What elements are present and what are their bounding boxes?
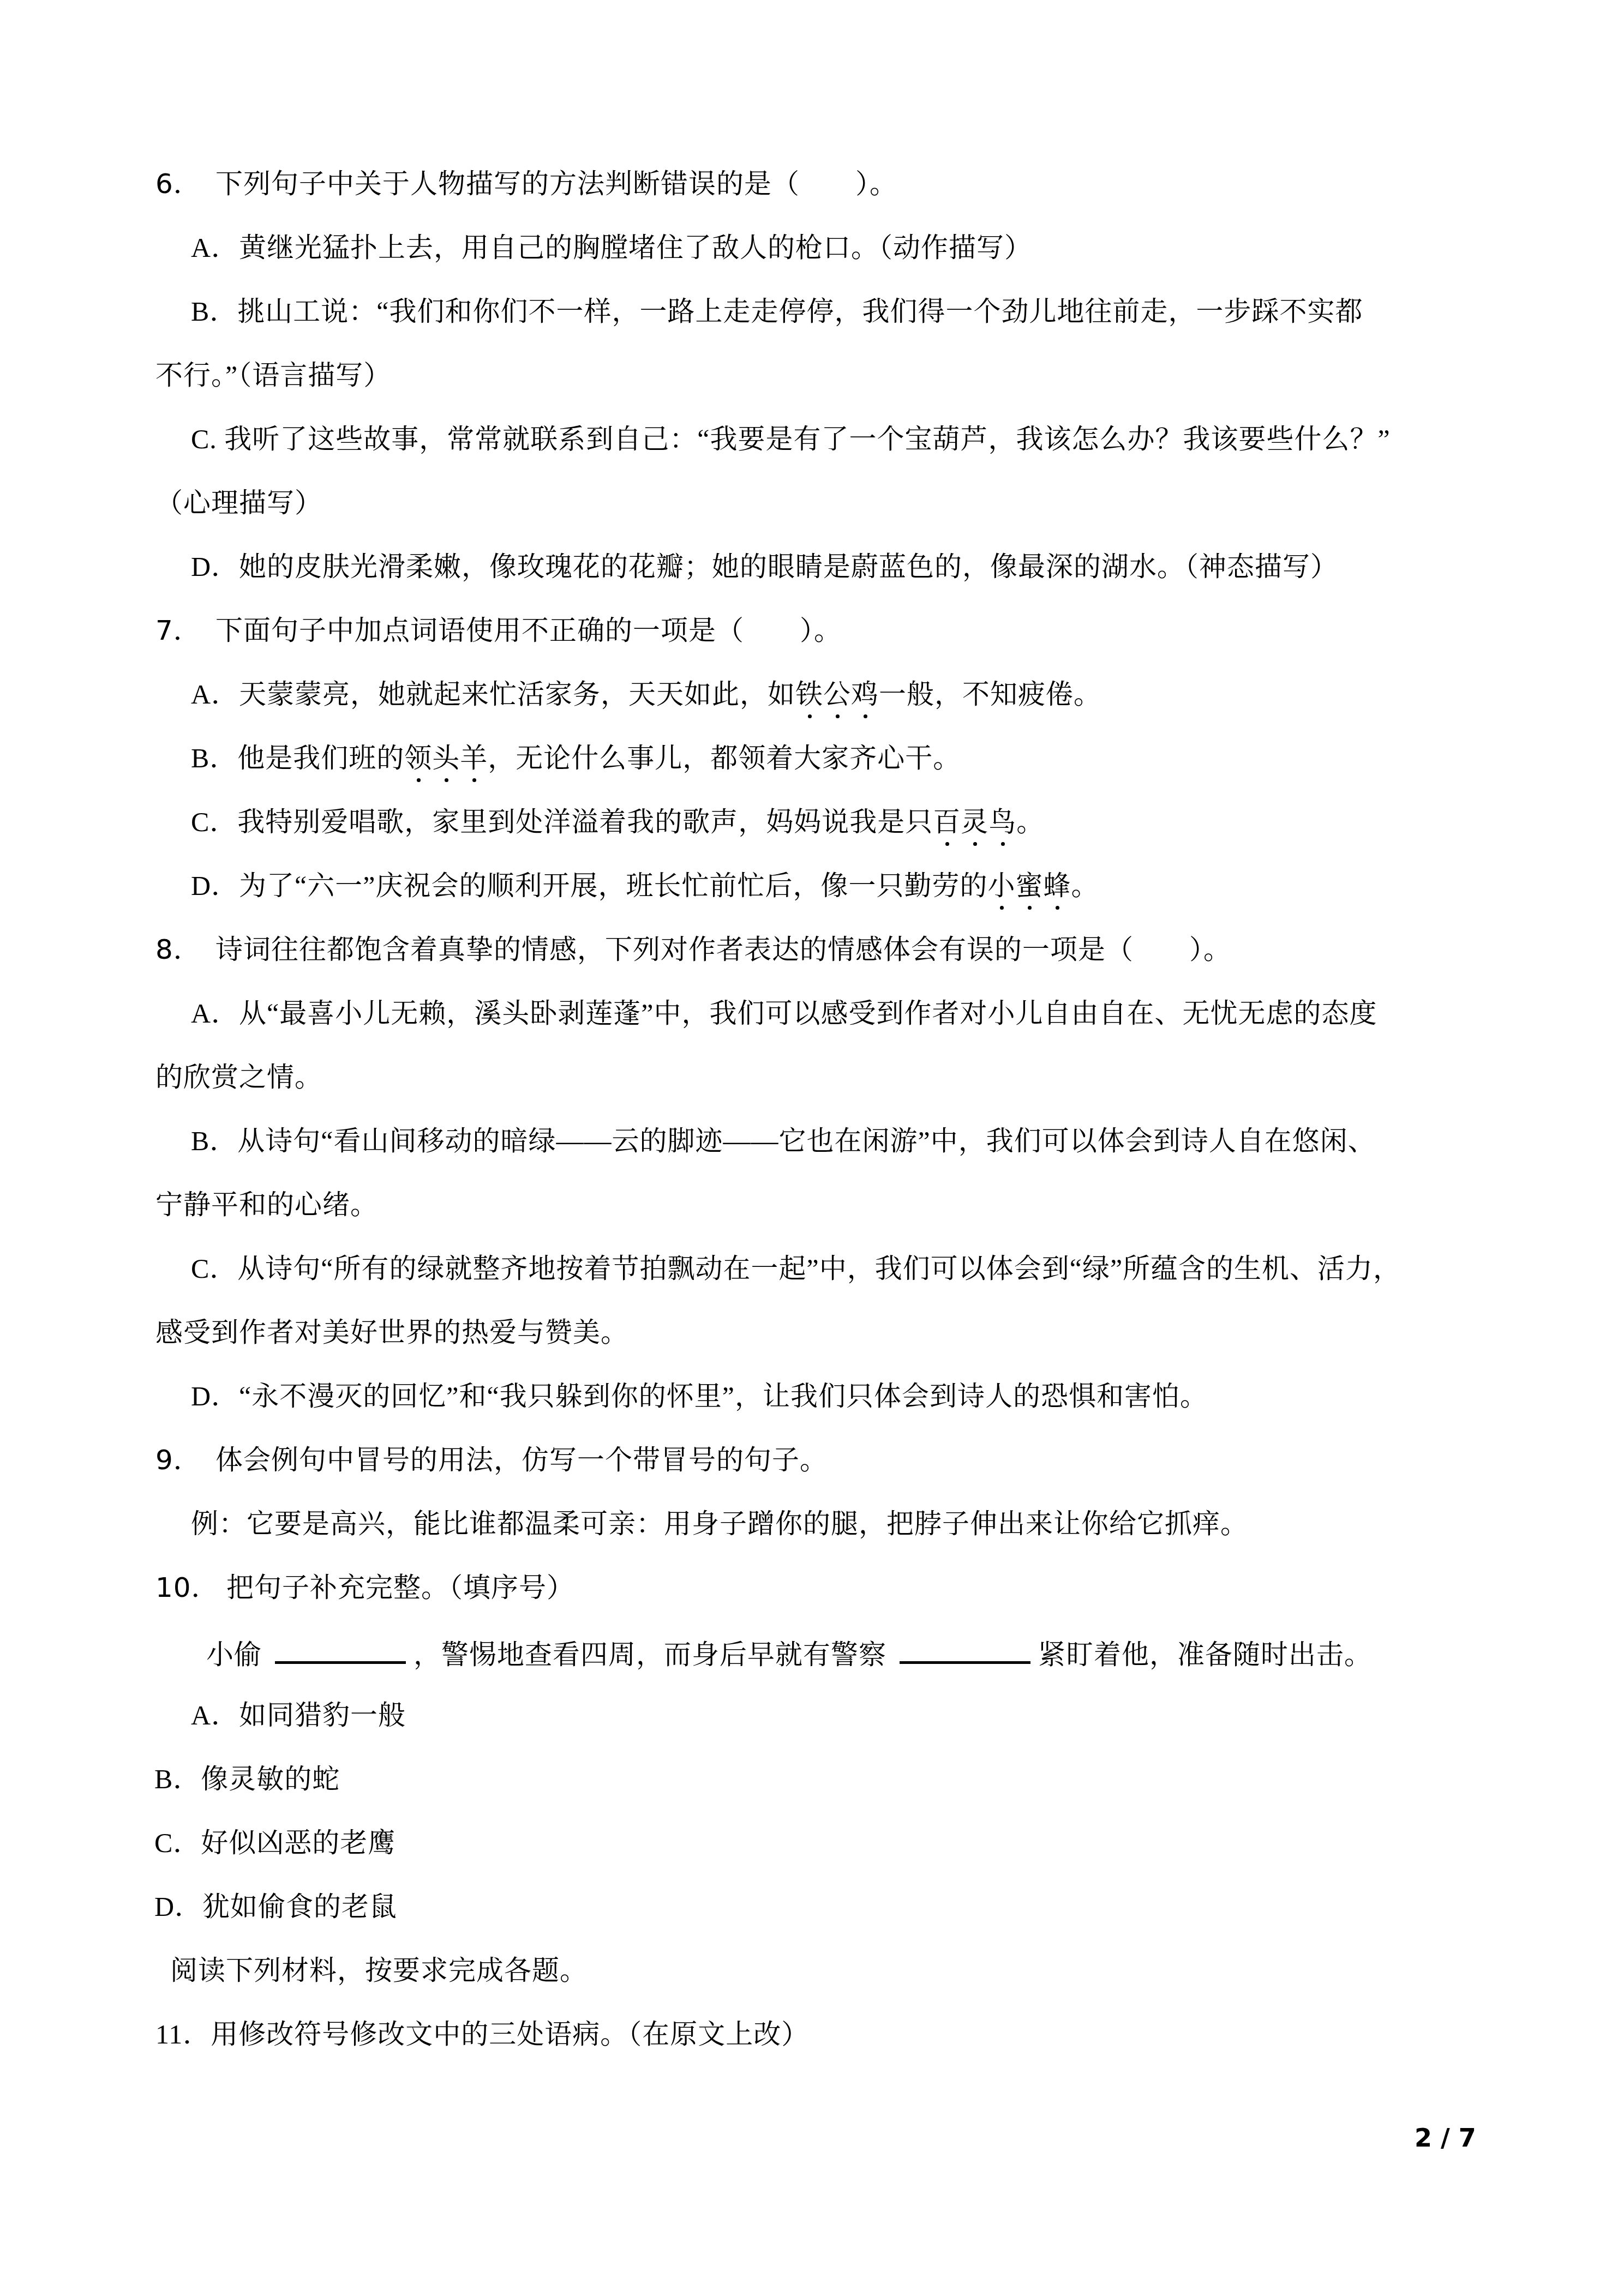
q7-option-b: B．他是我们班的领头羊，无论什么事儿，都领着大家齐心干。 — [191, 742, 961, 774]
page-number: 2 / 7 — [1415, 2123, 1476, 2153]
option-text: A．天蒙蒙亮，她就起来忙活家务，天天如此，如 — [191, 679, 795, 710]
emphasis-dot-char: 百 — [933, 806, 961, 838]
q10-stem: 10．把句子补充完整。（填序号） — [155, 1571, 574, 1604]
emphasis-dot-char: 鸡 — [851, 678, 879, 711]
q6-stem: 6．下列句子中关于人物描写的方法判断错误的是（ ）。 — [155, 167, 897, 200]
emphasis-dot-char: 蜂 — [1044, 869, 1071, 902]
option-text: B．他是我们班的 — [191, 743, 404, 773]
q8-option-a: A．从“最喜小儿无赖，溪头卧剥莲蓬”中，我们可以感受到作者对小儿自由自在、无忧无… — [191, 997, 1377, 1030]
option-text: C．我特别爱唱歌，家里到处洋溢着我的歌声，妈妈说我是只 — [191, 807, 933, 837]
q6-option-b-cont: 不行。”（语言描写） — [155, 359, 391, 392]
q6-option-a: A．黄继光猛扑上去，用自己的胸膛堵住了敌人的枪口。（动作描写） — [191, 231, 1032, 264]
answer-blank-2[interactable] — [900, 1635, 1030, 1664]
q9-example: 例：它要是高兴，能比谁都温柔可亲：用身子蹭你的腿，把脖子伸出来让你给它抓痒。 — [191, 1507, 1248, 1540]
q7-option-a: A．天蒙蒙亮，她就起来忙活家务，天天如此，如铁公鸡一般，不知疲倦。 — [191, 678, 1101, 711]
q8-option-a-cont: 的欣赏之情。 — [155, 1061, 322, 1093]
question-number: 9． — [155, 1444, 215, 1476]
option-text: ，无论什么事儿，都领着大家齐心干。 — [488, 743, 961, 773]
q6-option-d: D．她的皮肤光滑柔嫩，像玫瑰花的花瓣；她的眼睛是蔚蓝色的，像最深的湖水。（神态描… — [191, 550, 1338, 583]
reading-intro: 阅读下列材料，按要求完成各题。 — [170, 1954, 588, 1987]
emphasis-dot-char: 领 — [404, 742, 432, 774]
emphasis-dot-char: 蜜 — [1016, 869, 1044, 902]
q10-option-b: B．像灵敏的蛇 — [154, 1763, 340, 1795]
answer-blank-1[interactable] — [275, 1635, 406, 1664]
question-number: 8． — [155, 933, 215, 966]
q6-option-b: B．挑山工说：“我们和你们不一样，一路上走走停停，我们得一个劲儿地往前走，一步踩… — [191, 295, 1363, 328]
question-text: 下列句子中关于人物描写的方法判断错误的是（ ）。 — [215, 168, 897, 200]
q10-option-d: D．犹如偷食的老鼠 — [154, 1890, 397, 1923]
option-text: D．为了“六一”庆祝会的顺利开展，班长忙前忙后，像一只勤劳的 — [191, 870, 988, 901]
q6-option-c-cont: （心理描写） — [155, 486, 322, 519]
q7-option-c: C．我特别爱唱歌，家里到处洋溢着我的歌声，妈妈说我是只百灵鸟。 — [191, 806, 1044, 838]
emphasis-dot-char: 小 — [988, 869, 1016, 902]
q10-sentence: 小偷，警惕地查看四周，而身后早就有警察紧盯着他，准备随时出击。 — [206, 1635, 1372, 1671]
q9-stem: 9．体会例句中冒号的用法，仿写一个带冒号的句子。 — [155, 1444, 828, 1476]
emphasis-dot-char: 铁 — [795, 678, 823, 711]
option-text: 。 — [1016, 807, 1044, 837]
question-number: 10． — [155, 1571, 226, 1604]
q6-option-c: C. 我听了这些故事，常常就联系到自己：“我要是有了一个宝葫芦，我该怎么办？我该… — [191, 423, 1391, 455]
q8-option-d: D．“永不漫灭的回忆”和“我只躲到你的怀里”，让我们只体会到诗人的恐惧和害怕。 — [191, 1380, 1208, 1413]
emphasis-dot-char: 羊 — [460, 742, 488, 774]
emphasis-dot-char: 头 — [432, 742, 460, 774]
q11-stem: 11．用修改符号修改文中的三处语病。（在原文上改） — [155, 2018, 809, 2051]
option-text: 一般，不知疲倦。 — [879, 679, 1101, 710]
sentence-text: 紧盯着他，准备随时出击。 — [1038, 1639, 1372, 1670]
q8-option-c-cont: 感受到作者对美好世界的热爱与赞美。 — [155, 1316, 628, 1349]
q8-option-b-cont: 宁静平和的心绪。 — [155, 1188, 378, 1221]
q7-option-d: D．为了“六一”庆祝会的顺利开展，班长忙前忙后，像一只勤劳的小蜜蜂。 — [191, 869, 1099, 902]
q8-option-c: C．从诗句“所有的绿就整齐地按着节拍飘动在一起”中，我们可以体会到“绿”所蕴含的… — [191, 1252, 1401, 1285]
emphasis-dot-char: 灵 — [961, 806, 988, 838]
q10-option-a: A．如同猎豹一般 — [191, 1699, 406, 1732]
q8-stem: 8．诗词往往都饱含着真挚的情感，下列对作者表达的情感体会有误的一项是（ ）。 — [155, 933, 1231, 966]
sentence-text: 小偷 — [206, 1639, 262, 1670]
option-text: 。 — [1071, 870, 1099, 901]
q8-option-b: B．从诗句“看山间移动的暗绿——云的脚迹——它也在闲游”中，我们可以体会到诗人自… — [191, 1125, 1376, 1157]
question-text: 体会例句中冒号的用法，仿写一个带冒号的句子。 — [215, 1444, 828, 1476]
q7-stem: 7．下面句子中加点词语使用不正确的一项是（ ）。 — [155, 614, 842, 647]
question-text: 把句子补充完整。（填序号） — [226, 1572, 574, 1603]
q10-option-c: C．好似凶恶的老鹰 — [154, 1826, 395, 1859]
question-text: 下面句子中加点词语使用不正确的一项是（ ）。 — [215, 615, 842, 646]
question-number: 7． — [155, 614, 215, 647]
question-text: 诗词往往都饱含着真挚的情感，下列对作者表达的情感体会有误的一项是（ ）。 — [215, 934, 1231, 965]
emphasis-dot-char: 公 — [823, 678, 851, 711]
question-number: 6． — [155, 167, 215, 200]
sentence-text: ，警惕地查看四周，而身后早就有警察 — [414, 1639, 886, 1670]
emphasis-dot-char: 鸟 — [988, 806, 1016, 838]
